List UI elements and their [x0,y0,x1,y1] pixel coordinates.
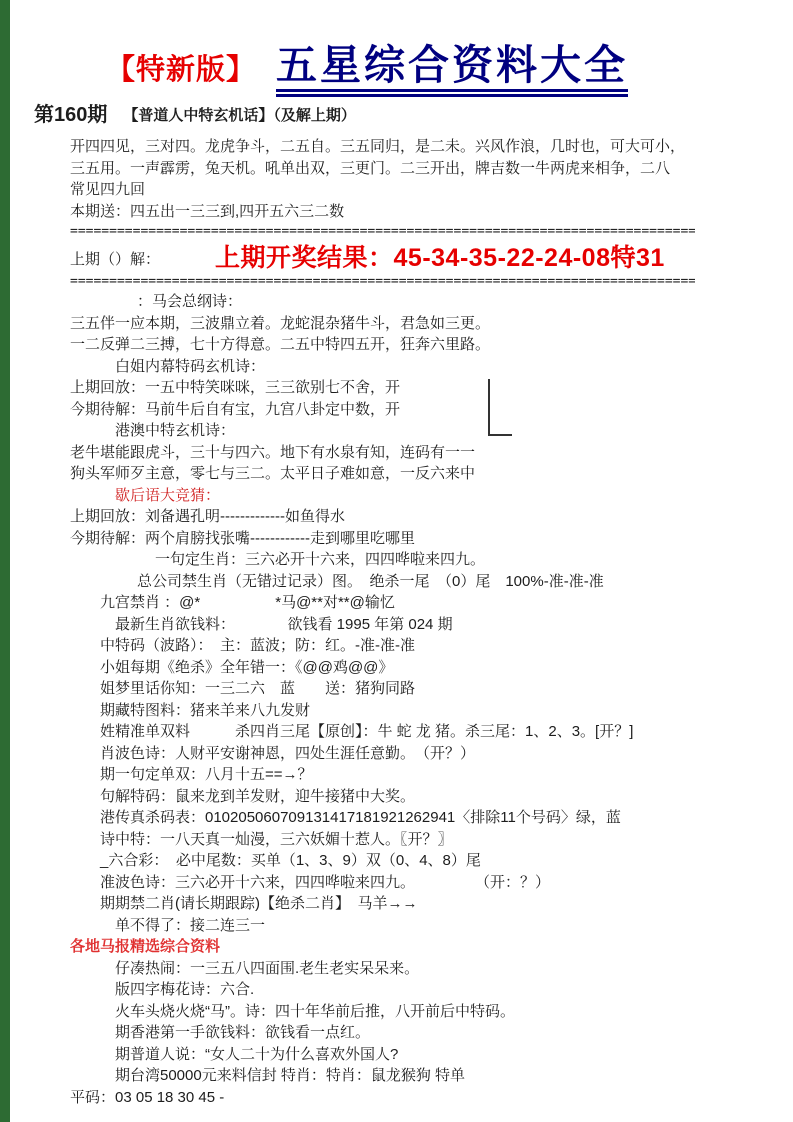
body-line: 狗头军师歹主意，零七与三二。太平日子难如意，一反六来中 [70,463,793,485]
body-text-block: 开四四见，三对四。龙虎争斗，二五自。三五同归，是二未。兴风作浪，几时也，可大可小… [0,136,793,1108]
body-line: 今期待解：马前牛后自有宝，九宫八卦定中数，开 [70,399,793,421]
header: 【特新版】 五星综合资料大全 第160期 【普道人中特玄机话】（及解上期） [0,0,793,127]
previous-draw-result: 上期开奖结果：45-34-35-22-24-08特31 [215,244,665,272]
body-line: 准波色诗：三六必开十六来，四四哗啦来四九。 （开：？） [100,872,793,894]
section-heading: 【普道人中特玄机话】（及解上期） [123,104,356,127]
result-banner: 上期（）解： 上期开奖结果：45-34-35-22-24-08特31 [70,241,793,272]
body-line: 版四字梅花诗：六合. [115,979,793,1001]
issue-row: 第160期 【普道人中特玄机话】（及解上期） [0,98,793,127]
bracket-mark [488,379,512,436]
body-line: 姓精准单双料 杀四肖三尾【原创】：牛 蛇 龙 猪。杀三尾：1、2、3。[开？] [100,721,793,743]
body-line: ：马会总纲诗： [137,291,793,313]
body-line: 单不得了：接二连三一 [115,915,793,937]
body-line: 三五伴一应本期，三波鼎立着。龙蛇混杂猪牛斗，君急如三更。 [70,313,793,335]
body-line: 老牛堪能跟虎斗，三十与四六。地下有水泉有知，连码有一一 [70,442,793,464]
section-heading-papers: 各地马报精选综合资料 [70,936,793,958]
body-line: 期一句定单双：八月十五==→？ [100,764,793,786]
body-line: 中特码（波路）： 主：蓝波；防：红。-准-准-准 [100,635,793,657]
body-line: 肖波色诗：人财平安谢神恩，四处生涯任意勤。 （开？） [100,743,793,765]
edition-tag: 【特新版】 [106,47,256,97]
separator-line: ========================================… [70,222,695,241]
body-line: 句解特码：鼠来龙到羊发财，迎牛接猪中大奖。 [100,786,793,808]
result-prefix: 上期（）解： [70,248,160,272]
body-line: 今期待解：两个肩膀找张嘴------------走到哪里吃哪里 [70,528,793,550]
body-line: 期台湾50000元来料信封 特肖：特肖：鼠龙猴狗 特单 [115,1065,793,1087]
body-line: 诗中特：一八天真一灿漫，三六妖媚十惹人。〖开？〗 [100,829,793,851]
body-line: 期香港第一手欲钱料：欲钱看一点红。 [115,1022,793,1044]
body-line: 平码：03 05 18 30 45 - [70,1087,793,1109]
body-line: 火车头烧火烧“马”。诗：四十年华前后推，八开前后中特码。 [115,1001,793,1023]
document-page: 【特新版】 五星综合资料大全 第160期 【普道人中特玄机话】（及解上期） 开四… [0,0,793,1122]
body-line: 期普道人说：“女人二十为什么喜欢外国人? [115,1044,793,1066]
separator-line: ========================================… [70,272,695,291]
body-line: 本期送：四五出一三三到,四开五六三二数 [70,201,793,223]
body-line: 姐梦里话你知：一三二六 蓝 送：猪狗同路 [100,678,793,700]
body-line: 上期回放：刘备遇孔明-------------如鱼得水 [70,506,793,528]
body-line: 期期禁二肖(请长期跟踪)【绝杀二肖】 马羊→→ [100,893,793,915]
body-line: 上期回放：一五中特笑咪咪，三三欲别七不舍，开 [70,377,793,399]
body-line: 期藏特图料：猪来羊来八九发财 [100,700,793,722]
section-heading-riddle: 歇后语大竞猜： [115,485,793,507]
body-line: 白姐内幕特码玄机诗： [115,356,793,378]
body-line: 港澳中特玄机诗： [115,420,793,442]
body-line: 港传真杀码表：010205060709131417181921262941〈排除… [100,807,793,829]
body-line: 总公司禁生肖（无错过记录）图。 绝杀一尾 （0）尾 100%-准-准-准 [137,571,793,593]
body-line: 一句定生肖：三六必开十六来，四四哗啦来四九。 [155,549,793,571]
page-title: 五星综合资料大全 [276,44,628,97]
body-line: 仔凑热闹：一三五八四面围.老生老实呆呆来。 [115,958,793,980]
issue-number: 第160期 [34,98,107,127]
title-row: 【特新版】 五星综合资料大全 [0,44,793,97]
body-line: 最新生肖欲钱料： 欲钱看 1995 年第 024 期 [115,614,793,636]
body-line: 三五用。一声霹雳，兔天机。吼单出双，三更门。二三开出，牌吉数一牛两虎来相争，二八 [70,158,793,180]
body-line: 常见四九回 [70,179,793,201]
body-line: _六合彩： 必中尾数：买单（1、3、9）双（0、4、8）尾 [100,850,793,872]
body-line: 小姐每期《绝杀》全年错一：《@@鸡@@》 [100,657,793,679]
body-line: 一二反弹二三搏，七十方得意。二五中特四五开，狂奔六里路。 [70,334,793,356]
body-line: 九宫禁肖 ：@* *马@**对**@输忆 [100,592,793,614]
body-line: 开四四见，三对四。龙虎争斗，二五自。三五同归，是二未。兴风作浪，几时也，可大可小… [70,136,793,158]
